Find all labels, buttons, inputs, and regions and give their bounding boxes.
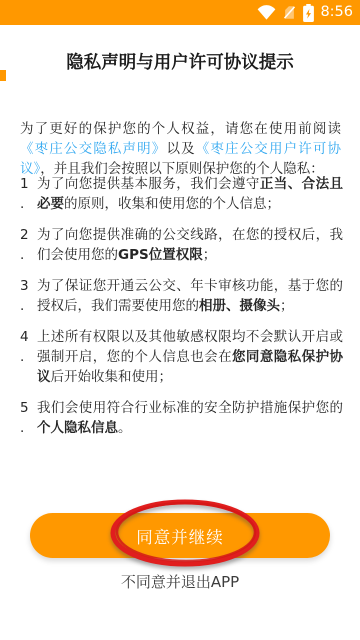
list-item: 1 . 为了向您提供基本服务，我们会遵守正当、合法且必要的原则，收集和使用您的个… — [20, 174, 343, 214]
text-segment: 我们会使用符合行业标准的安全防护措施保护您的 — [37, 400, 343, 416]
text-segment: 后开始收集和使用； — [51, 369, 173, 385]
item-number: 3 . — [20, 276, 37, 316]
no-sim-icon — [282, 5, 297, 20]
text-segment: 个人隐私信息 — [37, 420, 118, 436]
privacy-intro: 为了更好的保护您的个人权益，请您在使用前阅读《枣庄公交隐私声明》以及《枣庄公交用… — [20, 119, 341, 179]
text-segment: 为了向您提供基本服务，我们会遵守 — [37, 176, 260, 192]
status-bar: 8:56 — [0, 0, 360, 25]
privacy-statement-link[interactable]: 《枣庄公交隐私声明》 — [20, 141, 166, 157]
text-segment: 相册、摄像头 — [199, 298, 280, 314]
text-segment: ； — [203, 247, 217, 263]
text-segment: 以及 — [166, 141, 195, 157]
disagree-exit-button[interactable]: 不同意并退出APP — [0, 572, 360, 592]
text-segment: ； — [280, 298, 294, 314]
text-segment: 为了保证您开通云公交、年卡审核功能，基于您的授权后，我们需要使用您的 — [37, 278, 343, 314]
item-text: 我们会使用符合行业标准的安全防护措施保护您的个人隐私信息。 — [37, 398, 343, 438]
list-item: 3 . 为了保证您开通云公交、年卡审核功能，基于您的授权后，我们需要使用您的相册… — [20, 276, 343, 316]
item-text: 为了向您提供准确的公交线路，在您的授权后，我们会使用您的GPS位置权限； — [37, 225, 343, 265]
dialog-title: 隐私声明与用户许可协议提示 — [0, 53, 360, 73]
item-text: 为了保证您开通云公交、年卡审核功能，基于您的授权后，我们需要使用您的相册、摄像头… — [37, 276, 343, 316]
item-number: 1 . — [20, 174, 37, 214]
text-segment: 为了更好的保护您的个人权益，请您在使用前阅读 — [20, 121, 341, 137]
text-segment: 。 — [118, 420, 132, 436]
status-time: 8:56 — [320, 5, 353, 20]
text-segment: GPS位置权限 — [118, 247, 203, 263]
item-number: 5 . — [20, 398, 37, 438]
item-text: 上述所有权限以及其他敏感权限均不会默认开启或强制开启，您的个人信息也会在您同意隐… — [37, 327, 343, 387]
wifi-icon — [257, 5, 276, 20]
orange-edge-mark — [0, 70, 6, 81]
list-item: 4 . 上述所有权限以及其他敏感权限均不会默认开启或强制开启，您的个人信息也会在… — [20, 327, 343, 387]
battery-charging-icon — [303, 4, 314, 22]
list-item: 2 . 为了向您提供准确的公交线路，在您的授权后，我们会使用您的GPS位置权限； — [20, 225, 343, 265]
item-number: 4 . — [20, 327, 37, 387]
privacy-terms-list: 1 . 为了向您提供基本服务，我们会遵守正当、合法且必要的原则，收集和使用您的个… — [20, 174, 343, 449]
app-screen: 8:56 隐私声明与用户许可协议提示 为了更好的保护您的个人权益，请您在使用前阅… — [0, 0, 360, 640]
agree-continue-button[interactable]: 同意并继续 — [30, 513, 330, 558]
text-segment: 的原则，收集和使用您的个人信息； — [64, 196, 280, 212]
item-text: 为了向您提供基本服务，我们会遵守正当、合法且必要的原则，收集和使用您的个人信息； — [37, 174, 343, 214]
item-number: 2 . — [20, 225, 37, 265]
list-item: 5 . 我们会使用符合行业标准的安全防护措施保护您的个人隐私信息。 — [20, 398, 343, 438]
